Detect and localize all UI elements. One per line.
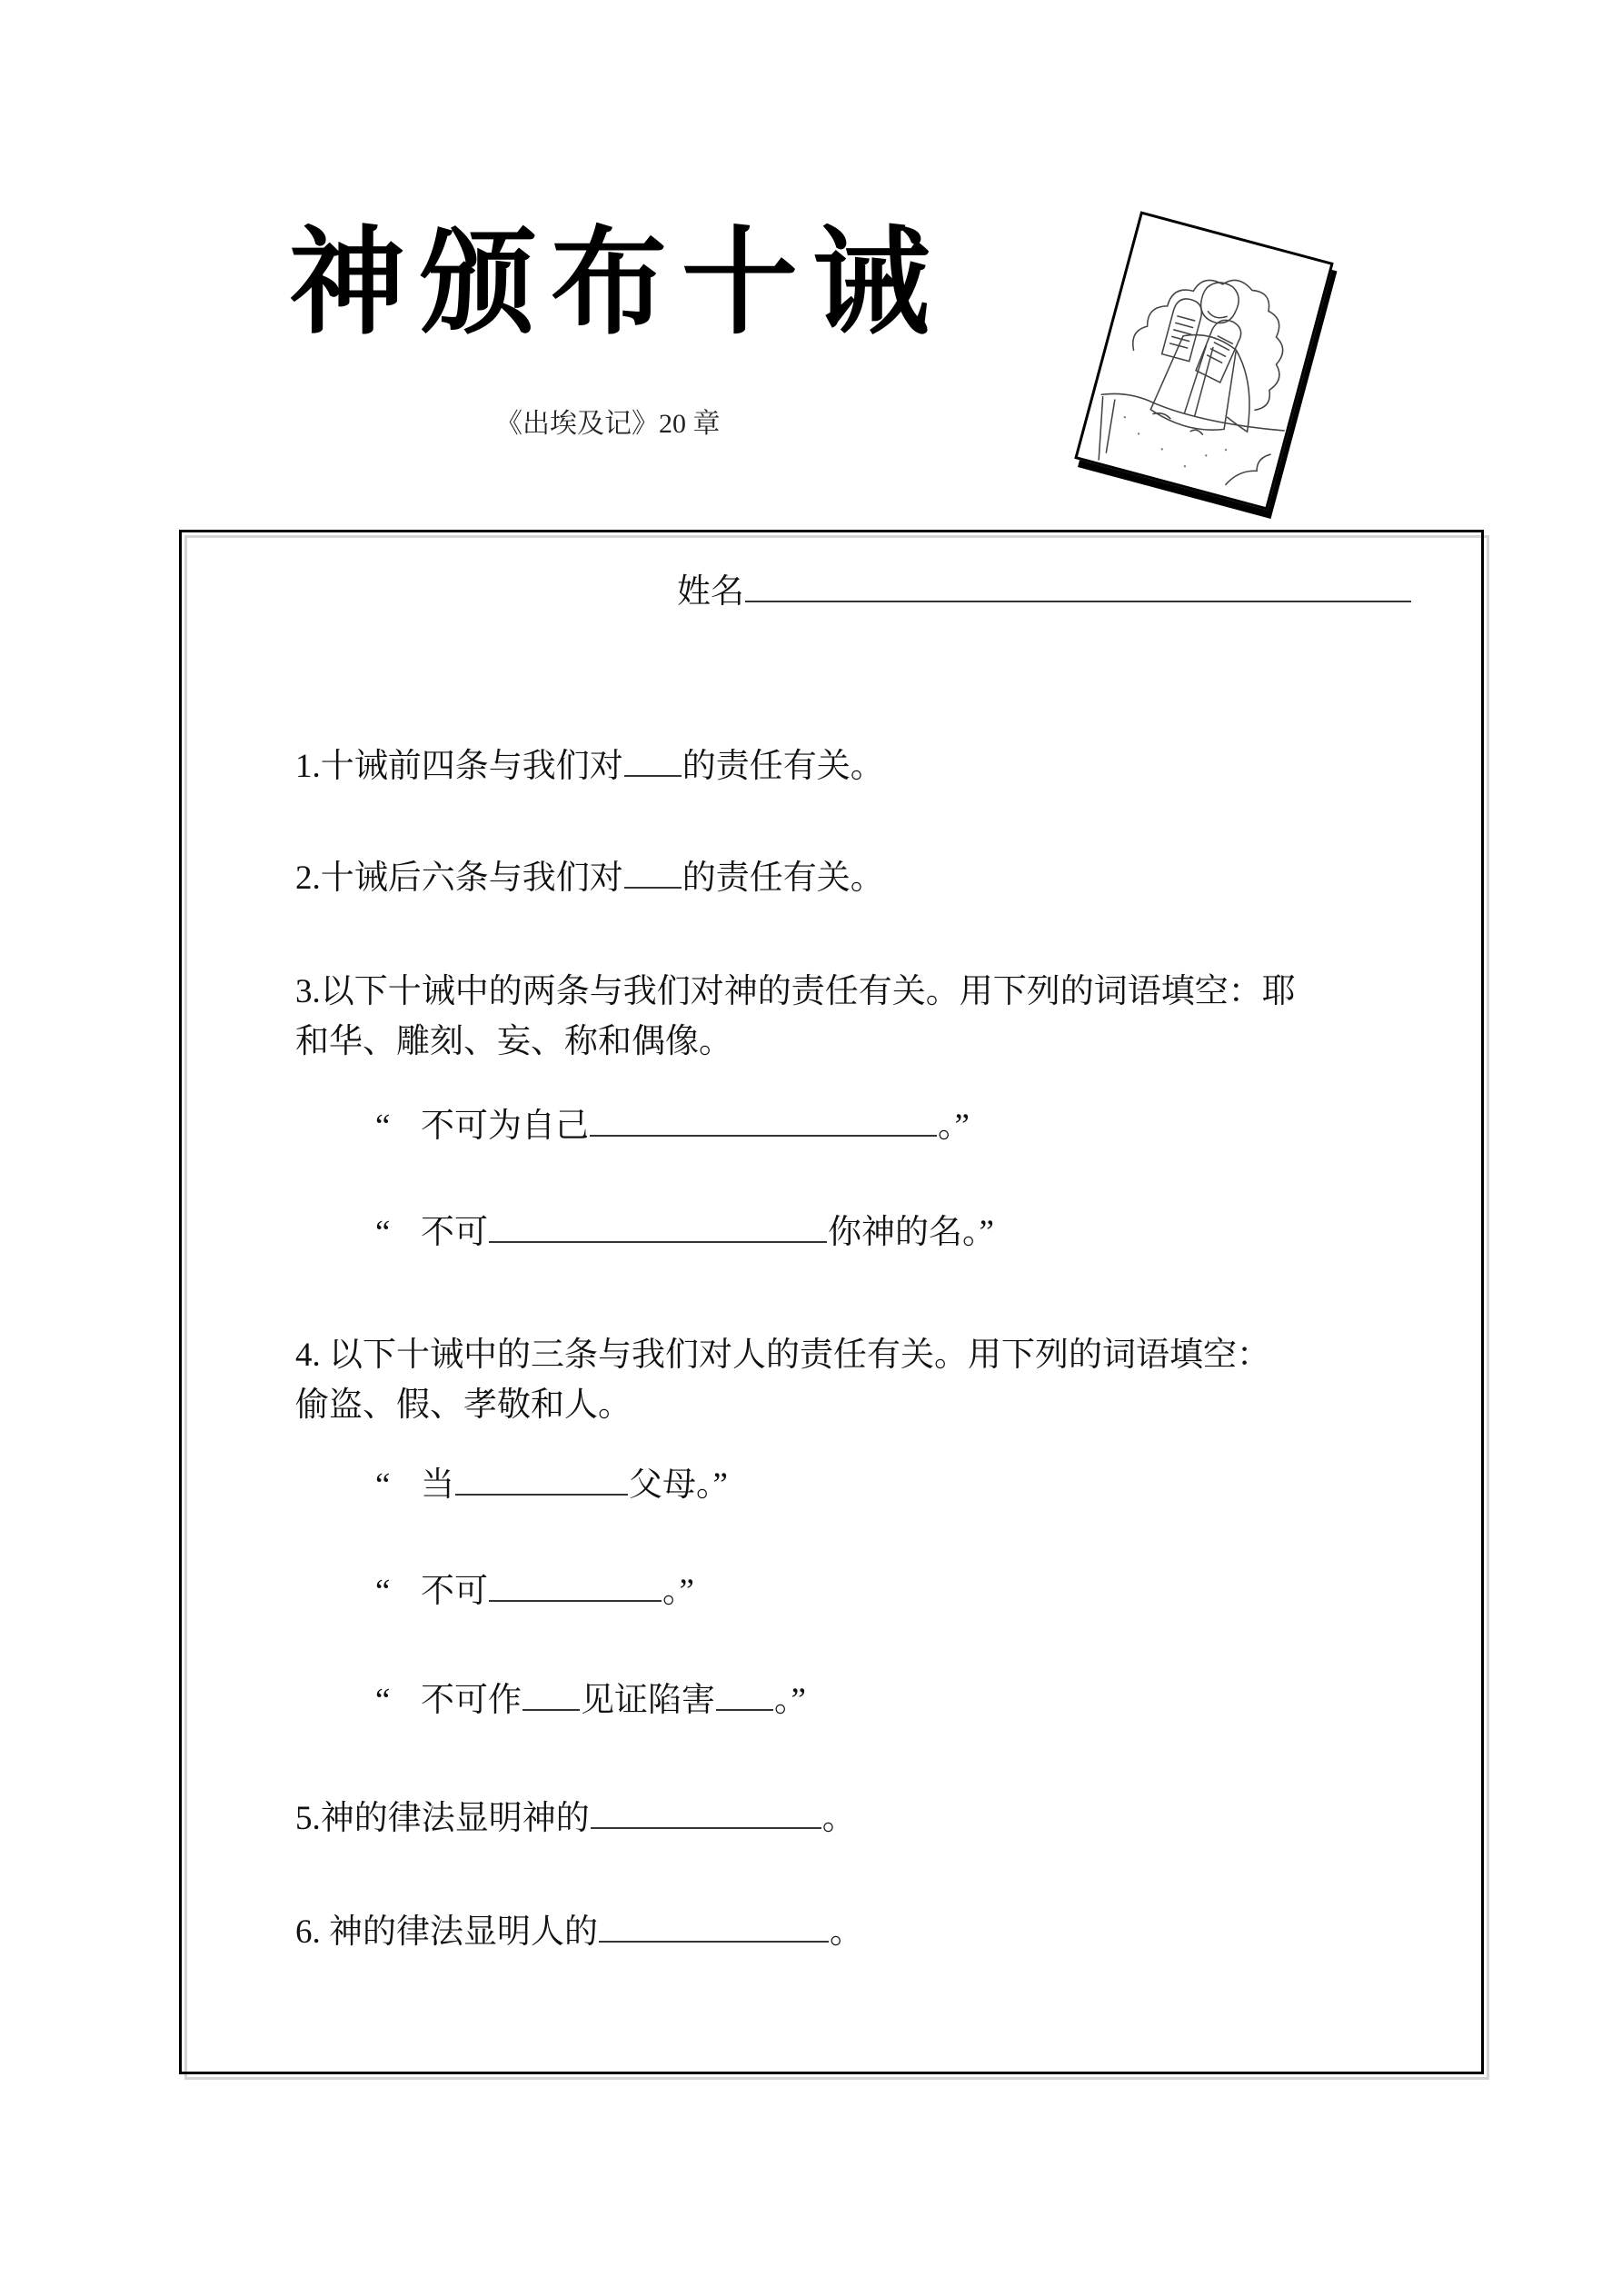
open-quote: “ [375,1107,421,1147]
answer-blank[interactable] [624,860,682,889]
close-quote: ” [791,1682,806,1719]
question-6: 6. 神的律法显明人的。 [295,1913,863,1953]
question-text: 神的律法显明神的 [321,1800,590,1837]
answer-blank[interactable] [489,1214,827,1243]
question-2: 2.十诫后六条与我们对的责任有关。 [295,859,884,899]
answer-blank[interactable] [599,1913,829,1943]
close-quote: ” [955,1108,970,1145]
question-3-line-2: 和华、雕刻、妄、称和偶像。 [295,1022,732,1062]
close-quote: ” [980,1214,994,1251]
question-number: 6. [295,1913,329,1951]
item-text: 不可 [421,1573,488,1610]
close-quote: ” [713,1466,728,1504]
question-number: 1. [295,748,321,785]
question-5: 5.神的律法显明神的。 [295,1799,856,1839]
question-4-item-1: “当父母。” [375,1466,728,1506]
item-text: 。 [938,1108,955,1145]
item-text: 。 [774,1682,791,1719]
question-4-item-2: “不可。” [375,1572,694,1612]
question-text: 和华、雕刻、妄、称和偶像。 [295,1023,732,1060]
open-quote: “ [375,1466,421,1506]
question-number: 3. [295,973,321,1010]
answer-blank[interactable] [489,1573,662,1602]
question-4-item-3: “不可作见证陷害。” [375,1681,806,1721]
answer-blank[interactable] [590,1108,937,1137]
item-text: 不可作 [421,1682,522,1719]
question-3-item-2: “不可你神的名。” [375,1213,994,1253]
moses-tablets-icon [1078,214,1330,507]
question-text: 偷盗、假、孝敬和人。 [295,1387,632,1424]
item-text: 见证陷害 [581,1682,715,1719]
page-title: 神颁布十诫 [289,225,943,342]
question-3: 3.以下十诫中的两条与我们对神的责任有关。用下列的词语填空：耶 [295,972,1296,1012]
question-text: 的责任有关。 [682,860,884,897]
question-4-line-2: 偷盗、假、孝敬和人。 [295,1386,632,1426]
open-quote: “ [375,1572,421,1612]
item-text: 不可为自己 [421,1108,589,1145]
illustration-frame [1074,211,1333,510]
item-text: 当 [421,1466,454,1504]
question-text: 的责任有关。 [682,748,884,785]
close-quote: ” [680,1573,694,1610]
question-number: 5. [295,1800,321,1837]
question-4: 4. 以下十诫中的三条与我们对人的责任有关。用下列的词语填空： [295,1336,1270,1376]
question-text: 。 [830,1913,863,1951]
answer-blank[interactable] [624,748,682,777]
question-text: 以下十诫中的两条与我们对神的责任有关。用下列的词语填空：耶 [321,973,1296,1010]
question-1: 1.十诫前四条与我们对的责任有关。 [295,747,884,787]
name-input[interactable] [745,573,1411,602]
answer-blank[interactable] [522,1682,580,1711]
question-text: 十诫前四条与我们对 [321,748,623,785]
scripture-reference: 《出埃及记》20 章 [495,411,721,438]
item-text: 父母。 [629,1466,713,1504]
name-row: 姓名 [677,572,1412,612]
question-text: 以下十诫中的三条与我们对人的责任有关。用下列的词语填空： [329,1337,1270,1374]
item-text: 你神的名。 [828,1214,980,1251]
open-quote: “ [375,1681,421,1721]
answer-blank[interactable] [455,1466,628,1496]
open-quote: “ [375,1213,421,1253]
question-text: 。 [822,1800,856,1837]
item-text: 不可 [421,1214,488,1251]
answer-blank[interactable] [591,1800,821,1829]
question-number: 4. [295,1337,329,1374]
answer-blank[interactable] [716,1682,773,1711]
moses-illustration [1074,211,1333,510]
question-text: 十诫后六条与我们对 [321,860,623,897]
question-number: 2. [295,860,321,897]
item-text: 。 [662,1573,680,1610]
question-text: 神的律法显明人的 [329,1913,598,1951]
question-3-item-1: “不可为自己。” [375,1107,970,1147]
name-label: 姓名 [677,573,744,611]
